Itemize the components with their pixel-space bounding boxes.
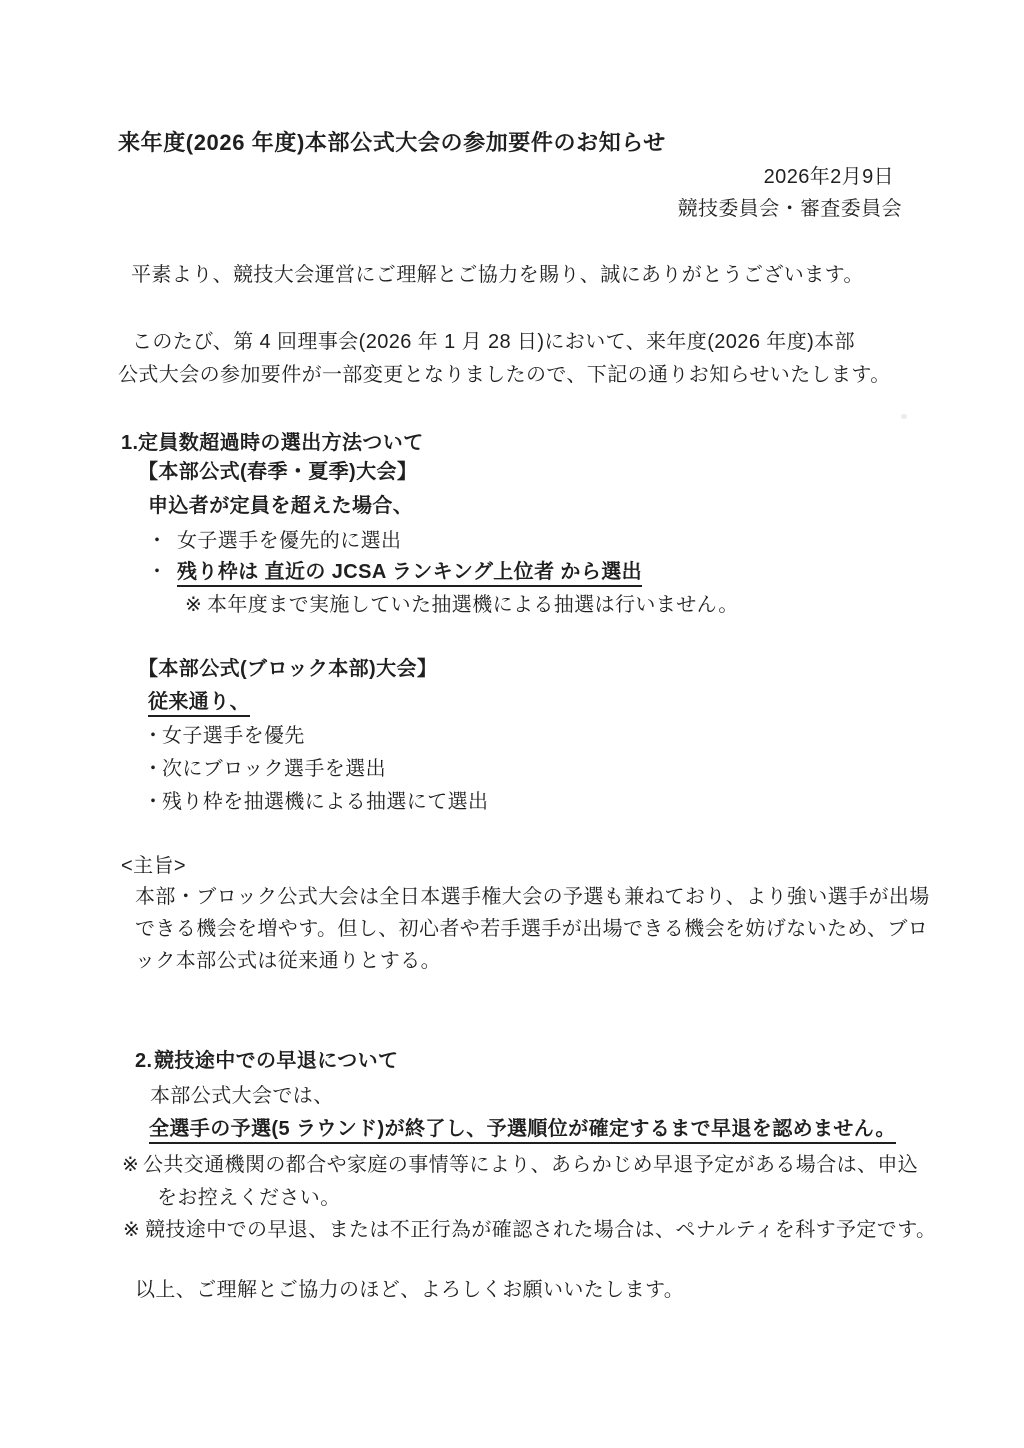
section2-lead: 本部公式大会では、 — [150, 1083, 334, 1109]
bullet-marker: ・ — [143, 723, 162, 749]
purpose-line-1: 本部・ブロック公式大会は全日本選手権大会の予選も兼ねており、より強い選手が出場 — [135, 884, 930, 910]
bullet-marker: ・ — [143, 789, 162, 815]
list-item-text: 残り枠を抽選機による抽選にて選出 — [162, 791, 488, 813]
bullet-marker: ・ — [147, 528, 177, 554]
list-item: ・残り枠は 直近の JCSA ランキング上位者 から選出 — [147, 559, 642, 585]
spring-condition: 申込者が定員を超えた場合、 — [148, 493, 413, 519]
scanned-notice-page: 来年度(2026 年度)本部公式大会の参加要件のお知らせ 2026年2月9日 競… — [0, 0, 1024, 1448]
note-text-continued: をお控えください。 — [157, 1185, 341, 1211]
section2-rule: 全選手の予選(5 ラウンド)が終了し、予選順位が確定するまで早退を認めません。 — [149, 1116, 896, 1142]
list-item: ・女子選手を優先 — [143, 723, 305, 749]
bullet-marker: ・ — [147, 559, 177, 585]
list-item-text: 女子選手を優先 — [162, 725, 305, 747]
section1-number: 1. — [121, 430, 138, 456]
list-item: ・次にブロック選手を選出 — [143, 756, 386, 782]
page-title: 来年度(2026 年度)本部公式大会の参加要件のお知らせ — [118, 130, 666, 156]
list-item-text-emphasized: 残り枠は 直近の JCSA ランキング上位者 から選出 — [177, 561, 642, 587]
section1-heading: 1.定員数超過時の選出方法ついて — [121, 430, 424, 456]
intro-line-2: 公式大会の参加要件が一部変更となりましたので、下記の通りお知らせいたします。 — [118, 362, 891, 388]
spring-subheading: 【本部公式(春季・夏季)大会】 — [138, 459, 417, 485]
purpose-heading: <主旨> — [121, 853, 186, 879]
reference-mark: ※ — [122, 1152, 143, 1178]
purpose-line-2: できる機会を増やす。但し、初心者や若手選手が出場できる機会を妨げないため、ブロ — [135, 916, 928, 942]
reference-mark: ※ — [123, 1217, 145, 1243]
purpose-line-3: ック本部公式は従来通りとする。 — [135, 948, 441, 974]
section1-heading-text: 定員数超過時の選出方法ついて — [138, 432, 424, 454]
block-lead-text: 従来通り、 — [148, 691, 250, 717]
bullet-marker: ・ — [143, 756, 162, 782]
closing-line: 以上、ご理解とご協力のほど、よろしくお願いいたします。 — [135, 1277, 684, 1303]
reference-mark: ※ — [185, 592, 207, 618]
date-line: 2026年2月9日 — [764, 164, 894, 190]
note-text: 本年度まで実施していた抽選機による抽選は行いません。 — [207, 594, 739, 616]
block-subheading: 【本部公式(ブロック本部)大会】 — [138, 656, 437, 682]
section2-heading-text: 競技途中での早退について — [154, 1050, 398, 1072]
scan-speck — [901, 414, 907, 419]
note-text: 競技途中での早退、または不正行為が確認された場合は、ペナルティを科す予定です。 — [145, 1219, 936, 1241]
note-text: 公共交通機関の都合や家庭の事情等により、あらかじめ早退予定がある場合は、申込 — [143, 1154, 918, 1176]
section2-number: 2. — [135, 1048, 154, 1074]
note-item: ※競技途中での早退、または不正行為が確認された場合は、ペナルティを科す予定です。 — [123, 1217, 936, 1243]
list-item: ・残り枠を抽選機による抽選にて選出 — [143, 789, 488, 815]
block-lead: 従来通り、 — [148, 689, 250, 715]
section2-rule-text: 全選手の予選(5 ラウンド)が終了し、予選順位が確定するまで早退を認めません。 — [149, 1118, 896, 1144]
list-item-text: 女子選手を優先的に選出 — [177, 530, 401, 552]
list-item: ・女子選手を優先的に選出 — [147, 528, 401, 554]
section2-heading: 2.競技途中での早退について — [135, 1048, 398, 1074]
committee-line: 競技委員会・審査委員会 — [678, 196, 902, 222]
note-item: ※本年度まで実施していた抽選機による抽選は行いません。 — [185, 592, 739, 618]
greeting-line: 平素より、競技大会運営にご理解とご協力を賜り、誠にありがとうございます。 — [131, 262, 864, 288]
note-item: ※公共交通機関の都合や家庭の事情等により、あらかじめ早退予定がある場合は、申込 — [122, 1152, 918, 1178]
list-item-text: 次にブロック選手を選出 — [162, 758, 386, 780]
intro-line-1: このたび、第 4 回理事会(2026 年 1 月 28 日)において、来年度(2… — [132, 329, 855, 355]
